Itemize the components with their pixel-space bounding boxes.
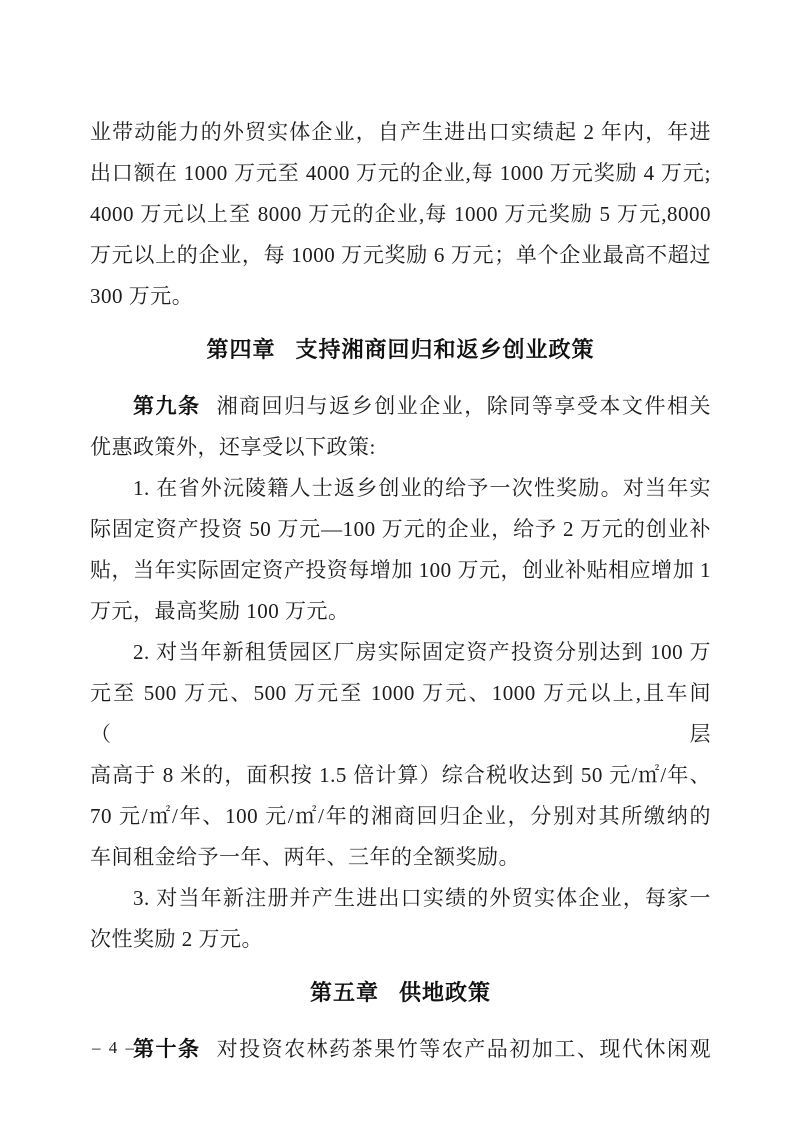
- text-line: 第九条湘商回归与返乡创业企业，除同等享受本文件相关: [90, 386, 711, 427]
- page-number: – 4 –: [92, 1038, 136, 1058]
- numbered-item-1: 1. 在省外沅陵籍人士返乡创业的给予一次性奖励。对当年实 际固定资产投资 50 …: [90, 468, 711, 632]
- chapter-number: 第四章: [206, 337, 275, 362]
- article-number-label: 第九条: [133, 395, 201, 418]
- text-line: 出口额在 1000 万元至 4000 万元的企业,每 1000 万元奖励 4 万…: [90, 153, 711, 194]
- text-line: 3. 对当年新注册并产生进出口实绩的外贸实体企业，每家一: [90, 878, 711, 919]
- text-line: 高高于 8 米的，面积按 1.5 倍计算）综合税收达到 50 元/㎡/年、: [90, 755, 711, 796]
- text-line: 300 万元。: [90, 276, 711, 317]
- chapter-4-heading: 第四章支持湘商回归和返乡创业政策: [90, 329, 711, 370]
- text-line: 贴，当年实际固定资产投资每增加 100 万元，创业补贴相应增加 1: [90, 550, 711, 591]
- text-line: 2. 对当年新租赁园区厂房实际固定资产投资分别达到 100 万: [90, 632, 711, 673]
- text-line: 万元以上的企业，每 1000 万元奖励 6 万元；单个企业最高不超过: [90, 235, 711, 276]
- text-line: 优惠政策外，还享受以下政策:: [90, 427, 711, 468]
- text-line: 次性奖励 2 万元。: [90, 919, 711, 960]
- article-10-paragraph: 第十条对投资农林药茶果竹等农产品初加工、现代休闲观: [90, 1029, 711, 1070]
- chapter-title: 支持湘商回归和返乡创业政策: [296, 337, 595, 362]
- text-line: 4000 万元以上至 8000 万元的企业,每 1000 万元奖励 5 万元,8…: [90, 194, 711, 235]
- document-body: 业带动能力的外贸实体企业，自产生进出口实绩起 2 年内，年进 出口额在 1000…: [90, 112, 711, 1070]
- text-line: 元至 500 万元、500 万元至 1000 万元、1000 万元以上,且车间（…: [90, 673, 711, 755]
- text-line: 第十条对投资农林药茶果竹等农产品初加工、现代休闲观: [90, 1029, 711, 1070]
- chapter-number: 第五章: [310, 980, 379, 1005]
- article-number-label: 第十条: [133, 1038, 201, 1061]
- text-line: 际固定资产投资 50 万元—100 万元的企业，给予 2 万元的创业补: [90, 509, 711, 550]
- text-line: 车间租金给予一年、两年、三年的全额奖励。: [90, 837, 711, 878]
- numbered-item-3: 3. 对当年新注册并产生进出口实绩的外贸实体企业，每家一 次性奖励 2 万元。: [90, 878, 711, 960]
- text-line: 1. 在省外沅陵籍人士返乡创业的给予一次性奖励。对当年实: [90, 468, 711, 509]
- article-text: 对投资农林药茶果竹等农产品初加工、现代休闲观: [217, 1037, 711, 1061]
- text-line: 业带动能力的外贸实体企业，自产生进出口实绩起 2 年内，年进: [90, 112, 711, 153]
- text-line: 万元，最高奖励 100 万元。: [90, 591, 711, 632]
- intro-paragraph: 业带动能力的外贸实体企业，自产生进出口实绩起 2 年内，年进 出口额在 1000…: [90, 112, 711, 317]
- text-line: 70 元/㎡/年、100 元/㎡/年的湘商回归企业，分别对其所缴纳的: [90, 796, 711, 837]
- article-text: 湘商回归与返乡创业企业，除同等享受本文件相关: [217, 394, 711, 418]
- document-page: 业带动能力的外贸实体企业，自产生进出口实绩起 2 年内，年进 出口额在 1000…: [0, 0, 793, 1122]
- chapter-title: 供地政策: [399, 980, 491, 1005]
- numbered-item-2: 2. 对当年新租赁园区厂房实际固定资产投资分别达到 100 万 元至 500 万…: [90, 632, 711, 878]
- chapter-5-heading: 第五章供地政策: [90, 972, 711, 1013]
- article-9-paragraph: 第九条湘商回归与返乡创业企业，除同等享受本文件相关 优惠政策外，还享受以下政策:: [90, 386, 711, 468]
